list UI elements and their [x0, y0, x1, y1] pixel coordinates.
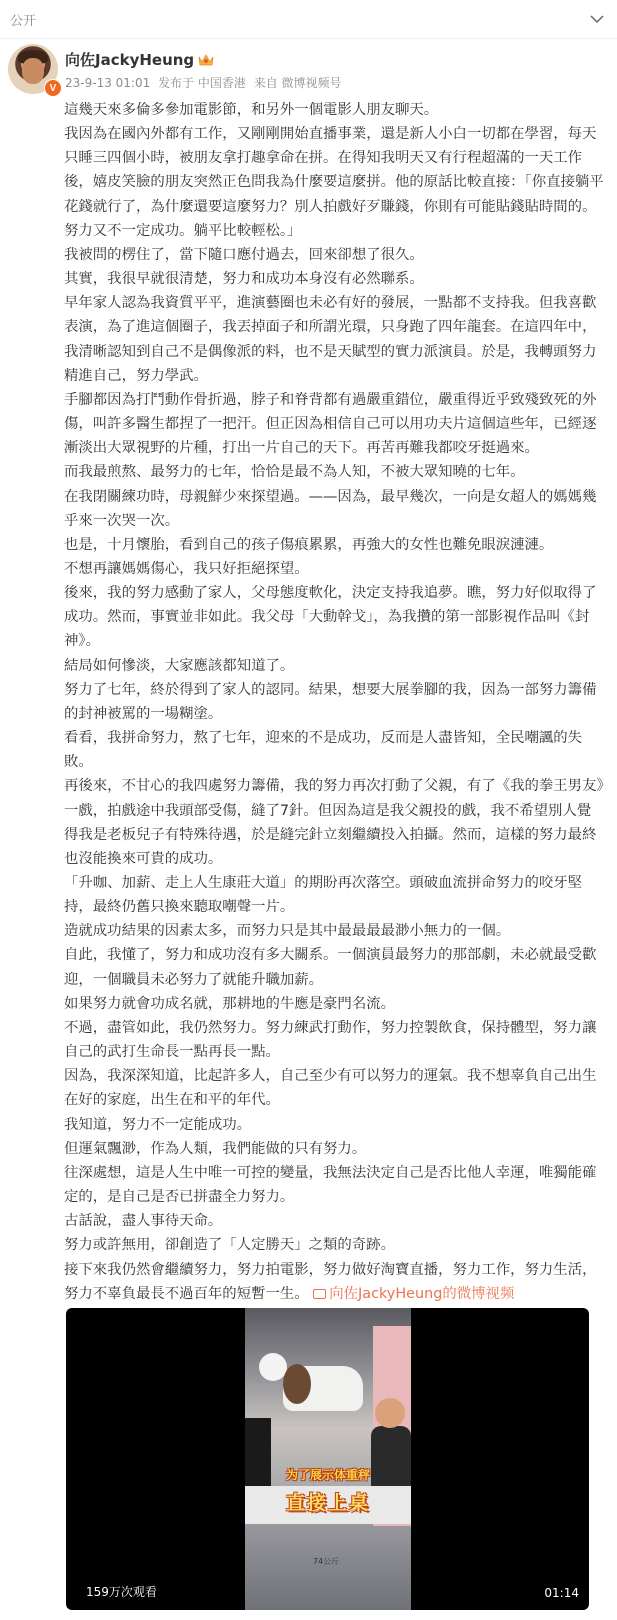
visibility-label: 公开: [10, 10, 36, 29]
video-duration: 01:14: [544, 1586, 579, 1600]
author-name[interactable]: 向佐JackyHeung: [65, 49, 194, 70]
post-header: V 向佐JackyHeung 23-9-13 01:01 发布于 中国香港 来自…: [8, 44, 607, 98]
paragraph: 不過，盡管如此，我仍然努力。努力練武打動作，努力控製飲食，保持體型，努力讓自己的…: [64, 1016, 604, 1064]
view-count: 159万次观看: [86, 1583, 157, 1600]
paragraph: 而我最煎熬、最努力的七年，恰恰是最不為人知，不被大眾知曉的七年。: [64, 460, 604, 484]
paragraph: 自此，我懂了，努力和成功沒有多大關系。一個演員最努力的那部劇，未必就最受歡迎，一…: [64, 943, 604, 991]
paragraph: 努力或許無用，卻創造了「人定勝天」之類的奇跡。: [64, 1233, 604, 1257]
paragraph: 造就成功結果的因素太多，而努力只是其中最最最最渺小無力的一個。: [64, 919, 604, 943]
post-body: 這幾天來多倫多參加電影節，和另外一個電影人朋友聊天。 我因為在國內外都有工作，又…: [64, 98, 604, 1306]
author-name-row: 向佐JackyHeung: [65, 49, 214, 70]
chevron-down-icon[interactable]: [587, 9, 607, 29]
paragraph: 早年家人認為我資質平平，進演藝圈也未必有好的發展，一點都不支持我。但我喜歡表演，…: [64, 291, 604, 388]
paragraph: 古話說，盡人事待天命。: [64, 1209, 604, 1233]
paragraph-last: 接下來我仍然會繼續努力，努力拍電影，努力做好淘寶直播，努力工作，努力生活，努力不…: [64, 1258, 604, 1306]
paragraph: 如果努力就會功成名就，那耕地的牛應是豪門名流。: [64, 992, 604, 1016]
post-meta: 23-9-13 01:01 发布于 中国香港 来自 微博视频号: [65, 74, 346, 91]
paragraph: 在我閉關練功時，母親鮮少來探望過。——因為，最早幾次，一向是女超人的媽媽幾乎來一…: [64, 485, 604, 533]
paragraph: 看看，我拼命努力，熬了七年，迎來的不是成功，反而是人盡皆知，全民嘲諷的失敗。: [64, 726, 604, 774]
source: 来自 微博视频号: [254, 76, 342, 90]
paragraph: 這幾天來多倫多參加電影節，和另外一個電影人朋友聊天。: [64, 98, 604, 122]
top-bar: 公开: [0, 0, 617, 39]
paragraph: 往深處想，這是人生中唯一可控的變量，我無法決定自己是否比他人幸運，唯獨能確定的，…: [64, 1161, 604, 1209]
paragraph: 手腳都因為打鬥動作骨折過，脖子和脊背都有過嚴重錯位，嚴重得近乎致殘致死的外傷，叫…: [64, 388, 604, 460]
video-source-link-label: 向佐JackyHeung的微博视频: [329, 1286, 514, 1302]
video-source-link[interactable]: 向佐JackyHeung的微博视频: [313, 1286, 514, 1302]
paragraph: 其實，我很早就很清楚，努力和成功本身沒有必然聯系。: [64, 267, 604, 291]
paragraph: 因為，我深深知道，比起許多人，自己至少有可以努力的運氣。我不想辜負自己出生在好的…: [64, 1064, 604, 1112]
crown-icon: [198, 53, 214, 67]
video-overlay-text: 74公斤: [313, 1556, 339, 1567]
paragraph: 我被問的楞住了，當下隨口應付過去，回來卻想了很久。: [64, 243, 604, 267]
video-caption-line2: 直接上桌: [269, 1488, 387, 1515]
paragraph: 但運氣飄渺，作為人類，我們能做的只有努力。: [64, 1137, 604, 1161]
video-player[interactable]: 为了展示体重秤 直接上桌 74公斤 159万次观看 01:14: [66, 1308, 589, 1610]
paragraph: 後來，我的努力感動了家人，父母態度軟化，決定支持我追夢。瞧，努力好似取得了成功。…: [64, 581, 604, 653]
location: 发布于 中国香港: [158, 76, 246, 90]
paragraph: 也是，十月懷胎，看到自己的孩子傷痕累累，再強大的女性也難免眼淚漣漣。: [64, 533, 604, 557]
paragraph: 「升咖、加薪、走上人生康莊大道」的期盼再次落空。頭破血流拼命努力的咬牙堅持，最終…: [64, 871, 604, 919]
paragraph: 不想再讓媽媽傷心，我只好拒絕探望。: [64, 557, 604, 581]
paragraph: 再後來，不甘心的我四處努力籌備，我的努力再次打動了父親，有了《我的拳王男友》一戲…: [64, 774, 604, 871]
verified-badge-icon: V: [44, 79, 62, 97]
paragraph: 努力了七年，終於得到了家人的認同。結果，想要大展拳腳的我，因為一部努力籌備的封神…: [64, 678, 604, 726]
paragraph: 我因為在國內外都有工作，又剛剛開始直播事業，還是新人小白一切都在學習，每天只睡三…: [64, 122, 604, 243]
video-icon: [313, 1289, 326, 1299]
video-thumbnail: 为了展示体重秤 直接上桌 74公斤: [245, 1308, 411, 1610]
timestamp[interactable]: 23-9-13 01:01: [65, 76, 150, 90]
paragraph: 結局如何慘淡，大家應該都知道了。: [64, 654, 604, 678]
paragraph: 我知道，努力不一定能成功。: [64, 1113, 604, 1137]
video-caption-line1: 为了展示体重秤: [273, 1466, 383, 1483]
